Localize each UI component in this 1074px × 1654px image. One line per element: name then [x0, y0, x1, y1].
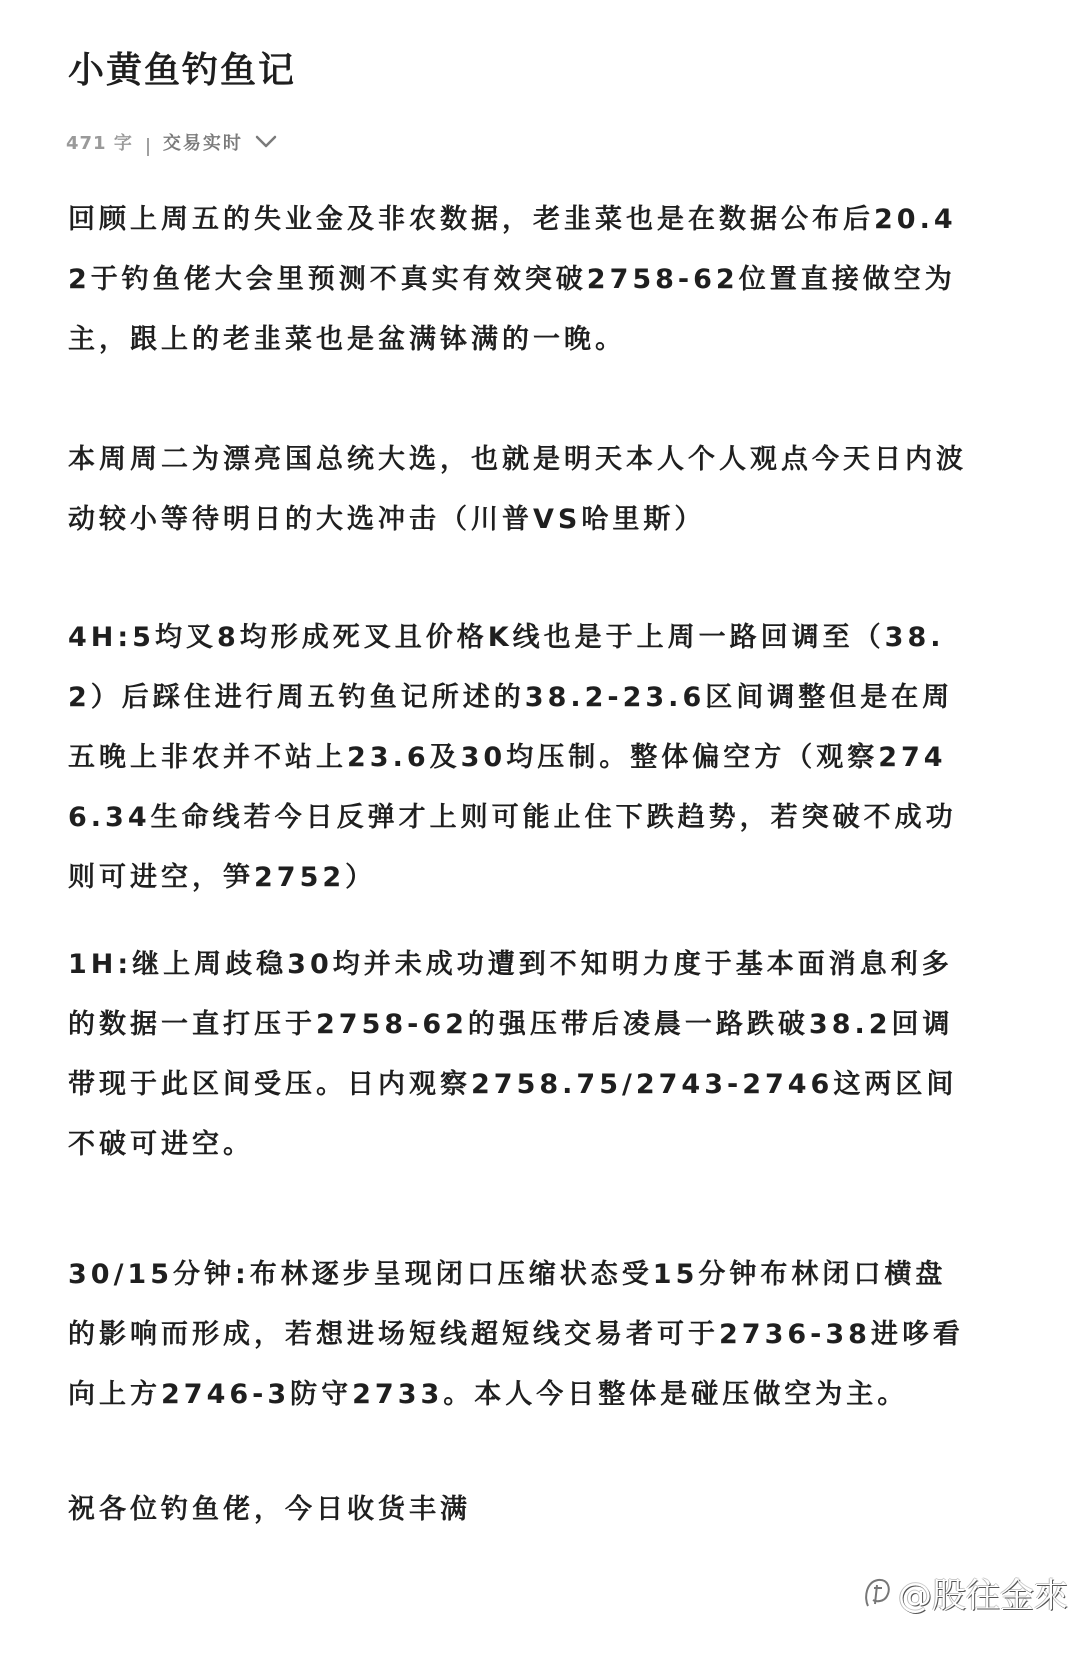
category-dropdown[interactable]: 交易实时 — [163, 129, 277, 155]
word-count: 471 字 — [66, 129, 133, 155]
article-page: 小黄鱼钓鱼记 471 字 交易实时 回顾上周五的失业金及非农数据，老韭菜也是在数… — [0, 0, 1074, 1654]
meta-divider — [147, 138, 149, 156]
paragraph-election: 本周周二为漂亮国总统大选，也就是明天本人个人观点今天日内波动较小等待明日的大选冲… — [68, 430, 968, 550]
paragraph-30-15min: 30/15分钟:布林逐步呈现闭口压缩状态受15分钟布林闭口横盘的影响而形成，若想… — [68, 1245, 968, 1425]
watermark-text: @股往金來 — [898, 1568, 1068, 1617]
paragraph-4h: 4H:5均叉8均形成死叉且价格K线也是于上周一路回调至（38.2）后踩住进行周五… — [68, 608, 968, 908]
chevron-down-icon — [255, 135, 277, 149]
paragraph-1h: 1H:继上周歧稳30均并未成功遭到不知明力度于基本面消息利多的数据一直打压于27… — [68, 935, 968, 1175]
platform-logo-icon — [860, 1574, 894, 1612]
paragraph-review: 回顾上周五的失业金及非农数据，老韭菜也是在数据公布后20.42于钓鱼佬大会里预测… — [68, 190, 968, 370]
category-label: 交易实时 — [163, 129, 243, 155]
watermark: @股往金來 — [860, 1568, 1068, 1617]
paragraph-closing: 祝各位钓鱼佬，今日收货丰满 — [68, 1480, 471, 1540]
article-title: 小黄鱼钓鱼记 — [68, 46, 296, 96]
article-meta: 471 字 交易实时 — [66, 124, 277, 160]
